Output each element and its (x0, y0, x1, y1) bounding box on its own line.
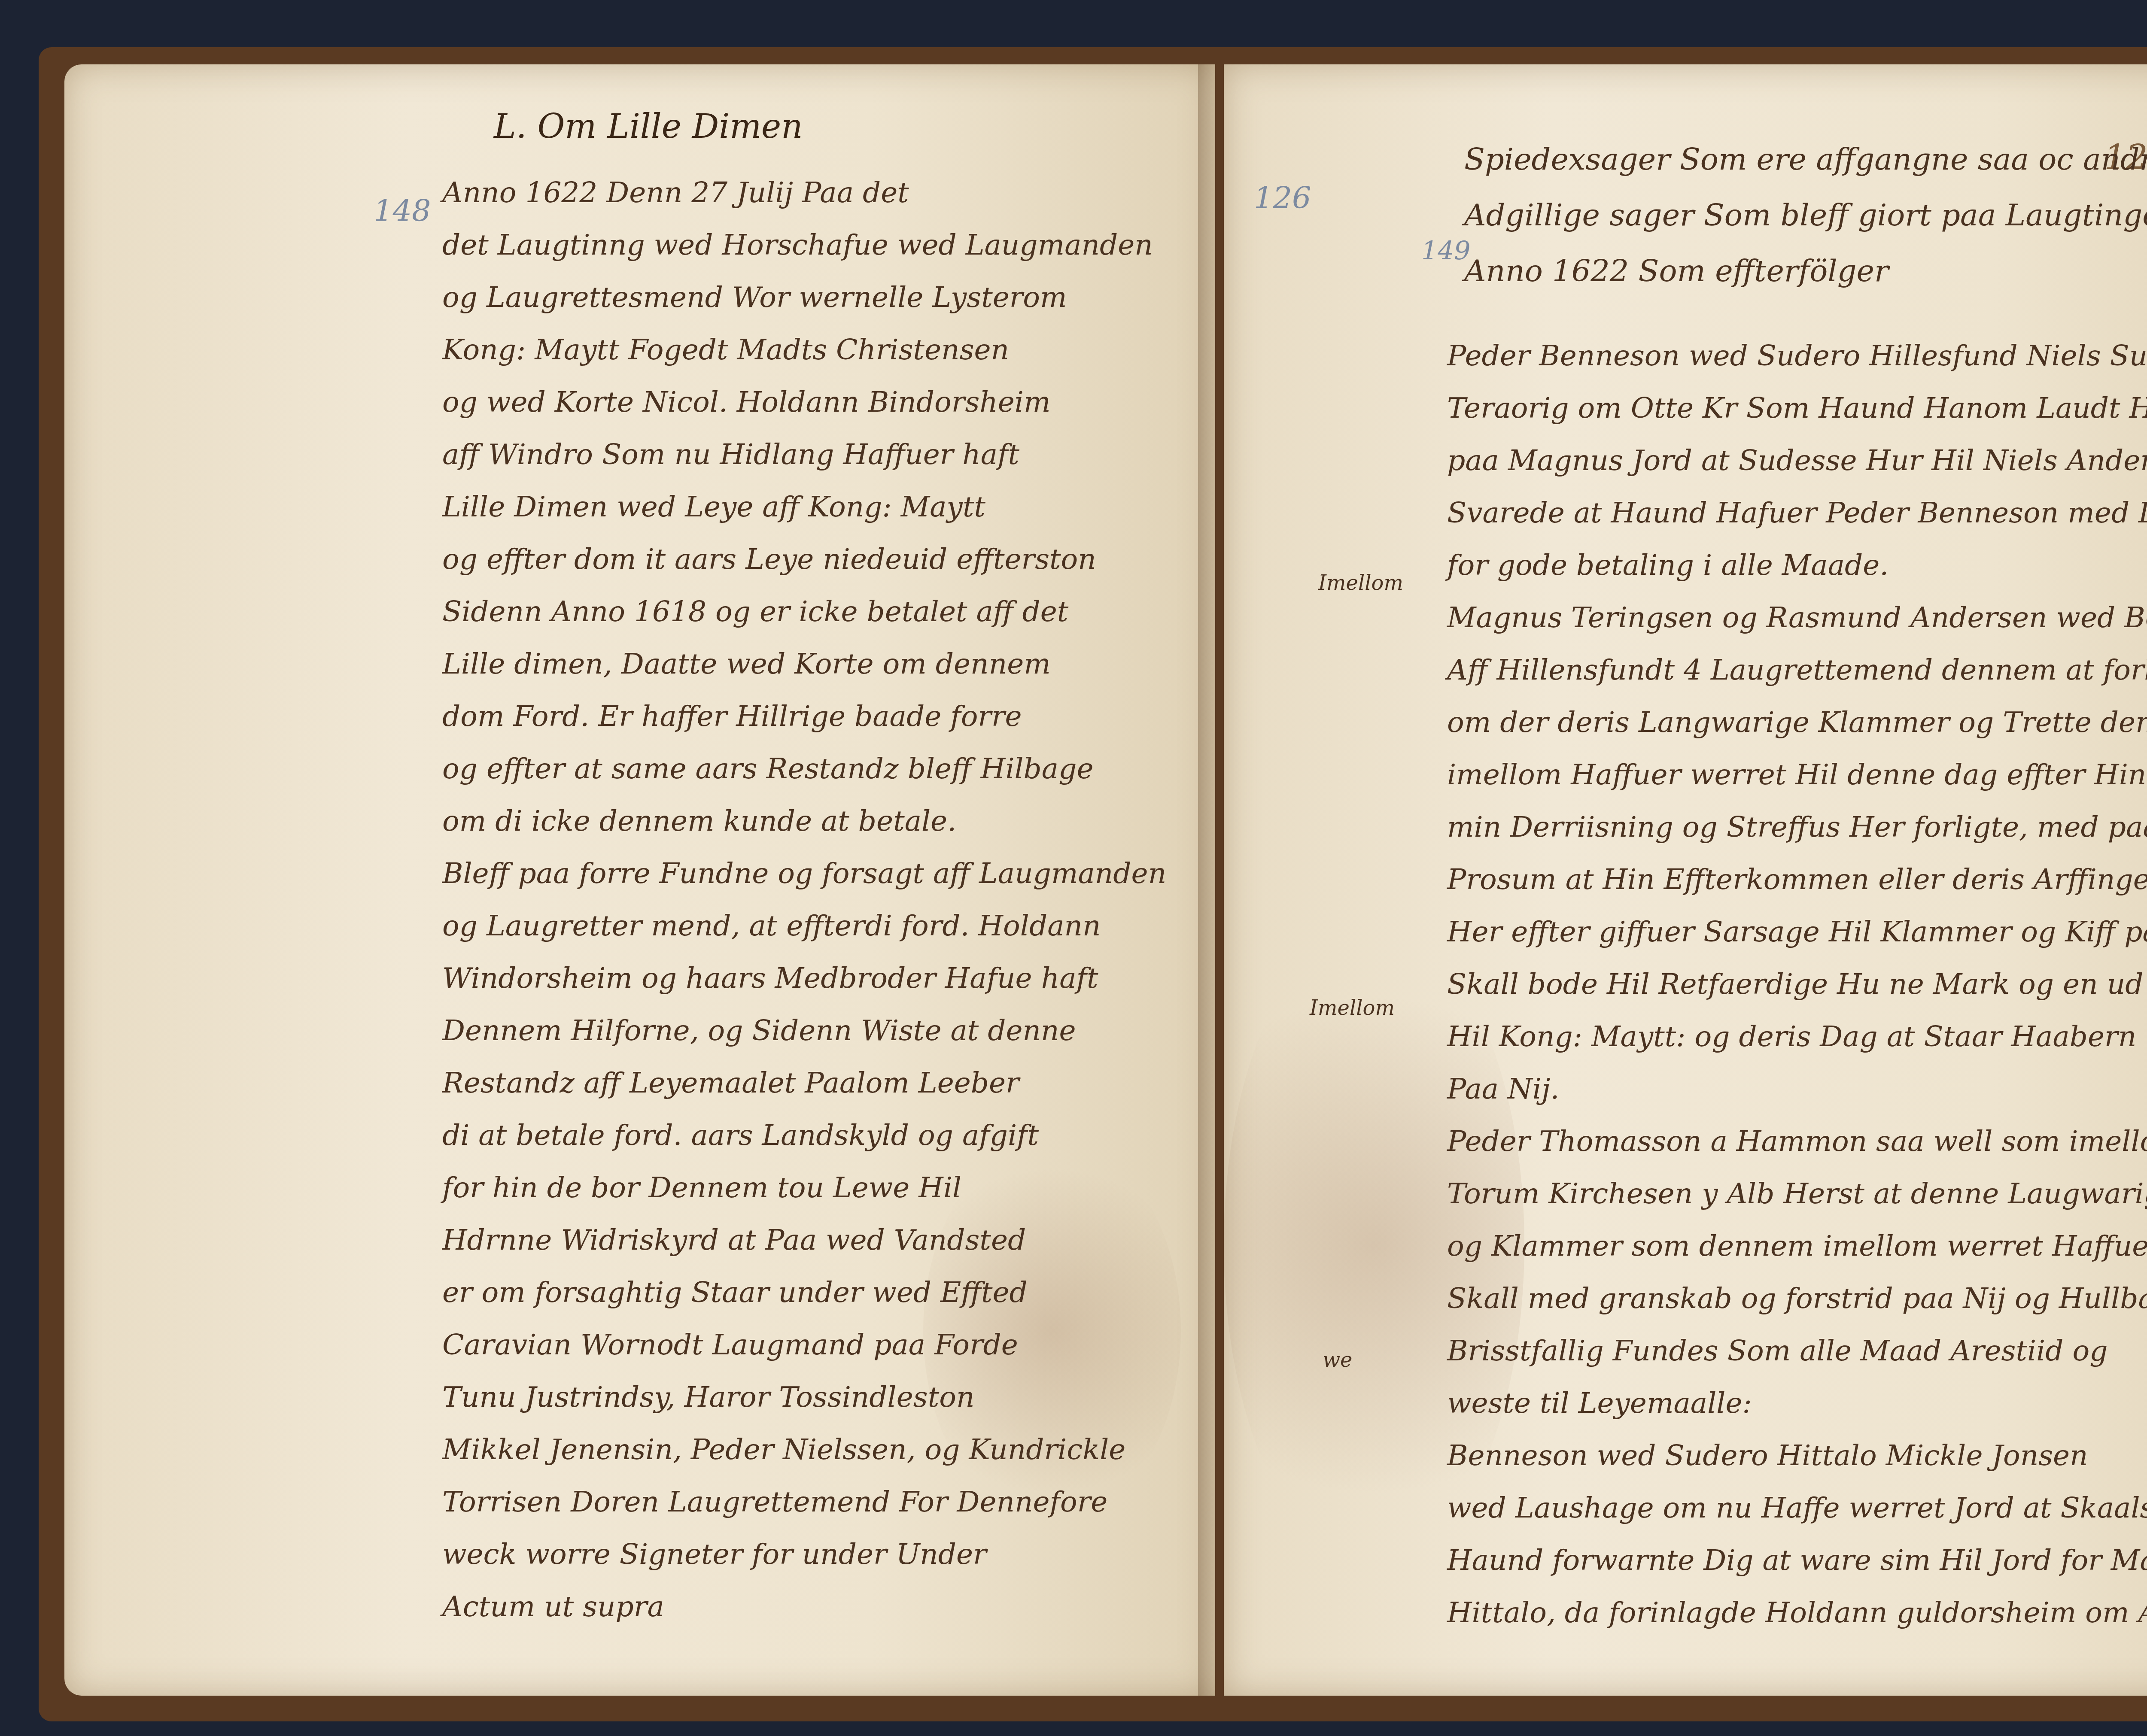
manuscript-line: Hittalo, da forinlagde Holdann guldorshe… (1447, 1596, 2147, 1629)
pencil-folio-number: 149 (1421, 236, 1471, 266)
right-page: 126 126 149 Spiedexsager Som ere affgang… (1224, 64, 2147, 1696)
open-book: 148 L. Om Lille Dimen Anno 1622 Denn 27 … (39, 47, 2147, 1721)
manuscript-line: min Derriisning og Streffus Her forligte… (1447, 810, 2147, 844)
manuscript-line: Magnus Teringsen og Rasmund Andersen wed… (1447, 601, 2147, 634)
manuscript-line: Benneson wed Sudero Hittalo Mickle Jonse… (1447, 1439, 2088, 1472)
manuscript-line: Haund forwarnte Dig at ware sim Hil Jord… (1447, 1544, 2147, 1577)
manuscript-line: om der deris Langwarige Klammer og Trett… (1447, 706, 2147, 739)
manuscript-line: Anno 1622 Som effterfölger (1464, 253, 1889, 288)
manuscript-line: Adgillige sager Som bleff giort paa Laug… (1464, 197, 2147, 233)
manuscript-line: og effter dom it aars Leye niedeuid efft… (442, 543, 1096, 576)
margin-note: Imellom (1318, 571, 1403, 595)
manuscript-line: weste til Leyemaalle: (1447, 1387, 1752, 1420)
manuscript-line: Sidenn Anno 1618 og er icke betalet aff … (442, 595, 1068, 628)
manuscript-line: Teraorig om Otte Kr Som Haund Hanom Laud… (1447, 392, 2147, 425)
manuscript-line: Svarede at Haund Hafuer Peder Benneson m… (1447, 496, 2147, 529)
page-heading: L. Om Lille Dimen (494, 107, 803, 146)
manuscript-line: Hil Kong: Maytt: og deris Dag at Staar H… (1447, 1020, 2136, 1053)
manuscript-line: og Klammer som dennem imellom werret Haf… (1447, 1229, 2147, 1263)
manuscript-line: Mikkel Jenensin, Peder Nielssen, og Kund… (442, 1433, 1125, 1466)
manuscript-line: Prosum at Hin Effterkommen eller deris A… (1447, 863, 2147, 896)
manuscript-line: Paa Nij. (1447, 1072, 1559, 1105)
manuscript-line: for hin de bor Dennem tou Lewe Hil (442, 1171, 961, 1204)
left-page: 148 L. Om Lille Dimen Anno 1622 Denn 27 … (64, 64, 1215, 1696)
manuscript-line: og effter at same aars Restandz bleff Hi… (442, 752, 1094, 785)
manuscript-line: Windorsheim og haars Medbroder Hafue haf… (442, 962, 1098, 995)
manuscript-line: Caravian Wornodt Laugmand paa Forde (442, 1328, 1018, 1361)
manuscript-line: wed Laushage om nu Haffe werret Jord at … (1447, 1491, 2147, 1524)
manuscript-line: om di icke dennem kunde at betale. (442, 804, 956, 838)
manuscript-line: Lille dimen, Daatte wed Korte om dennem (442, 647, 1051, 680)
manuscript-line: Dennem Hilforne, og Sidenn Wiste at denn… (442, 1014, 1076, 1047)
manuscript-line: Actum ut supra (442, 1590, 664, 1623)
manuscript-line: for gode betaling i alle Maade. (1447, 549, 1889, 582)
manuscript-line: Peder Thomasson a Hammon saa well som im… (1447, 1125, 2147, 1158)
manuscript-line: Kong: Maytt Fogedt Madts Christensen (442, 333, 1009, 366)
manuscript-line: Skall bode Hil Retfaerdige Hu ne Mark og… (1447, 968, 2147, 1001)
manuscript-line: Her effter giffuer Sarsage Hil Klammer o… (1447, 915, 2147, 948)
manuscript-line: Torrisen Doren Laugrettemend For Dennefo… (442, 1485, 1107, 1518)
manuscript-line: og wed Korte Nicol. Holdann Bindorsheim (442, 385, 1051, 419)
margin-note: we (1323, 1348, 1353, 1372)
manuscript-line: Restandz aff Leyemaalet Paalom Leeber (442, 1066, 1019, 1099)
pencil-margin-number: 126 (1254, 180, 1311, 215)
manuscript-line: Spiedexsager Som ere affgangne saa oc an… (1464, 142, 2147, 177)
manuscript-line: Skall med granskab og forstrid paa Nij o… (1447, 1282, 2147, 1315)
manuscript-line: er om forsaghtig Staar under wed Effted (442, 1276, 1028, 1309)
manuscript-line: dom Ford. Er haffer Hillrige baade forre (442, 700, 1022, 733)
manuscript-line: Lille Dimen wed Leye aff Kong: Maytt (442, 490, 985, 523)
manuscript-line: weck worre Signeter for under Under (442, 1538, 987, 1571)
margin-note: Imellom (1310, 996, 1395, 1020)
manuscript-line: aff Windro Som nu Hidlang Haffuer haft (442, 438, 1019, 471)
manuscript-line: Anno 1622 Denn 27 Julij Paa det (442, 176, 909, 209)
manuscript-line: og Laugretter mend, at effterdi ford. Ho… (442, 909, 1101, 942)
manuscript-line: imellom Haffuer werret Hil denne dag eff… (1447, 758, 2147, 791)
manuscript-line: Aff Hillensfundt 4 Laugrettemend dennem … (1447, 653, 2147, 686)
pencil-folio-number: 148 (374, 193, 431, 228)
manuscript-line: og Laugrettesmend Wor wernelle Lysterom (442, 281, 1067, 314)
manuscript-line: Peder Benneson wed Sudero Hillesfund Nie… (1447, 339, 2147, 372)
manuscript-line: Brisstfallig Fundes Som alle Maad Aresti… (1447, 1334, 2107, 1367)
manuscript-line: Bleff paa forre Fundne og forsagt aff La… (442, 857, 1166, 890)
manuscript-line: paa Magnus Jord at Sudesse Hur Hil Niels… (1447, 444, 2147, 477)
manuscript-line: Torum Kirchesen y Alb Herst at denne Lau… (1447, 1177, 2147, 1210)
manuscript-line: det Laugtinng wed Horschafue wed Laugman… (442, 228, 1153, 261)
manuscript-line: Hdrnne Widriskyrd at Paa wed Vandsted (442, 1223, 1026, 1256)
manuscript-line: di at betale ford. aars Landskyld og afg… (442, 1119, 1039, 1152)
manuscript-line: Tunu Justrindsy, Haror Tossindleston (442, 1381, 974, 1414)
